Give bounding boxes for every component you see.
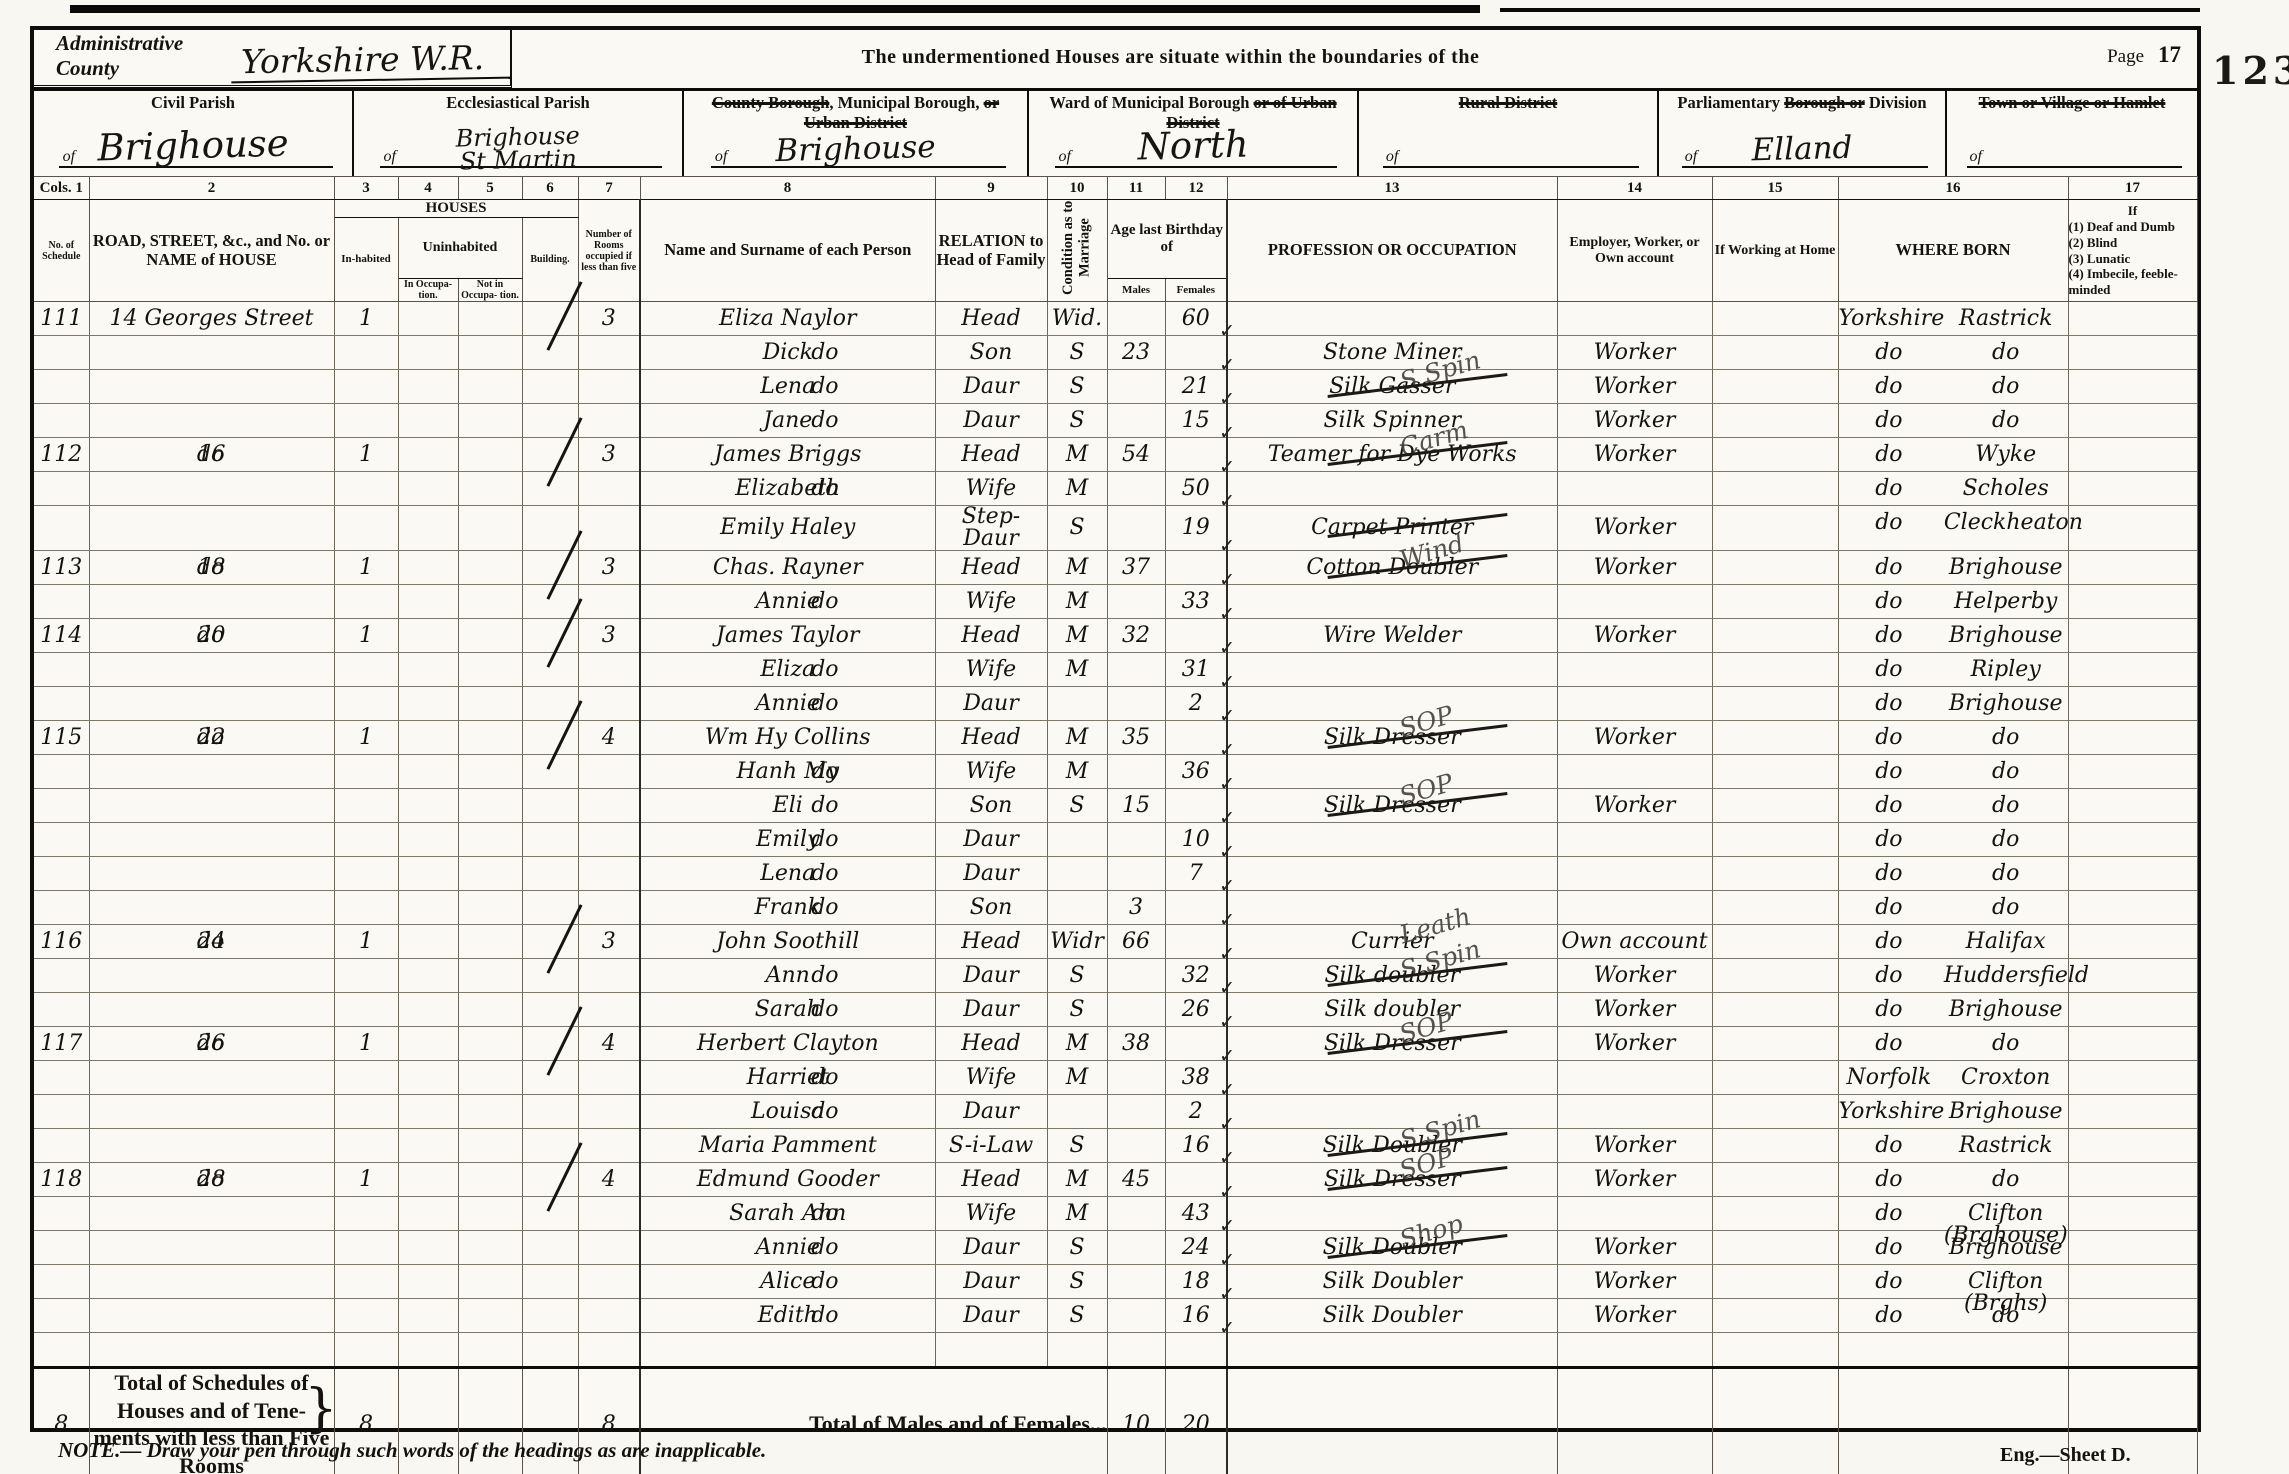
cell-working-at-home	[1712, 1197, 1838, 1231]
table-row: EdithdoDaurS16✓Silk DoublerWorkerdodo	[34, 1299, 2197, 1333]
cell-condition: M	[1047, 1061, 1107, 1095]
district-value: BrighouseSt Martin	[353, 122, 682, 176]
cell-relation: Wife	[935, 653, 1047, 687]
cell-inhabited	[334, 891, 398, 925]
cell-uninhabited-occupied	[398, 925, 458, 959]
cell-inhabited	[334, 336, 398, 370]
cell-where-born: dodo	[1838, 721, 2068, 755]
cell-occupation	[1227, 1333, 1557, 1368]
infirmity-header-line: If	[2069, 203, 2197, 219]
cell-where-born: dodo	[1838, 370, 2068, 404]
cell-rooms	[578, 755, 640, 789]
cell-infirmity	[2068, 993, 2197, 1027]
cell-inhabited	[334, 1197, 398, 1231]
cell-schedule	[34, 1095, 89, 1129]
enumerator-tick: ✓	[1219, 537, 1235, 556]
cell-age-female: 19✓	[1165, 506, 1227, 551]
cell-schedule	[34, 1197, 89, 1231]
cell-where-born: dodo	[1838, 823, 2068, 857]
cell-relation: Head	[935, 1027, 1047, 1061]
enumerator-tick: ✓	[1219, 1047, 1235, 1066]
cell-employer: Own account	[1557, 925, 1712, 959]
cell-occupation: Carpet Printer	[1227, 506, 1557, 551]
cell-where-born: doHalifax	[1838, 925, 2068, 959]
cell-uninhabited-occupied	[398, 823, 458, 857]
cell-infirmity	[2068, 721, 2197, 755]
cell-rooms	[578, 585, 640, 619]
cell-uninhabited-occupied	[398, 1095, 458, 1129]
cell-inhabited	[334, 1299, 398, 1333]
cell-address	[89, 789, 334, 823]
household-start-row: 11624do13John SoothillHeadWidr66✓Currier…	[34, 925, 2197, 959]
cell-occupation: Silk doublerS Spin	[1227, 959, 1557, 993]
cell-age-female: 36✓	[1165, 755, 1227, 789]
cell-relation: Son	[935, 789, 1047, 823]
enumerator-tick: ✓	[1219, 1081, 1235, 1100]
enumerator-tick: ✓	[1219, 979, 1235, 998]
cell-occupation: Silk Doubler	[1227, 1299, 1557, 1333]
cell-address	[89, 1231, 334, 1265]
cell-age-female: 32✓	[1165, 959, 1227, 993]
cell-relation: Daur	[935, 687, 1047, 721]
district-box: County Borough, Municipal Borough, or Ur…	[684, 88, 1029, 176]
cell-inhabited	[334, 404, 398, 438]
cell-uninhabited-occupied	[398, 585, 458, 619]
cell-age-female: ✓	[1165, 619, 1227, 653]
cell-working-at-home	[1712, 993, 1838, 1027]
cell-employer: Worker	[1557, 1265, 1712, 1299]
household-start-row: 11216do13James BriggsHeadM54✓Teamer for …	[34, 438, 2197, 472]
cell-uninhabited-occupied	[398, 857, 458, 891]
cell-employer: Worker	[1557, 336, 1712, 370]
cell-relation: Son	[935, 891, 1047, 925]
cell-employer: Worker	[1557, 789, 1712, 823]
cell-condition	[1047, 1095, 1107, 1129]
cell-age-male: 45	[1107, 1163, 1165, 1197]
household-start-row: 11726do14Herbert ClaytonHeadM38✓Silk Dre…	[34, 1027, 2197, 1061]
cell-inhabited	[334, 1129, 398, 1163]
cell-relation: Head	[935, 438, 1047, 472]
cell-condition: Wid.	[1047, 302, 1107, 336]
cell-uninhabited-not-occupied	[458, 925, 522, 959]
enumerator-tick: ✓	[1219, 1251, 1235, 1270]
col-header-building: Building.	[522, 218, 578, 302]
cell-age-female: 16✓	[1165, 1299, 1227, 1333]
cell-relation: Daur	[935, 993, 1047, 1027]
cell-working-at-home	[1712, 891, 1838, 925]
table-row: ElizabethdoWifeM50✓doScholes	[34, 472, 2197, 506]
cell-occupation: Silk DoublerS Spin	[1227, 1129, 1557, 1163]
folio-number-stamp: 123	[2212, 48, 2289, 93]
cell-schedule	[34, 506, 89, 551]
cell-person-name: Frankdo	[640, 891, 935, 925]
cell-where-born: doRastrick	[1838, 1129, 2068, 1163]
cell-infirmity	[2068, 755, 2197, 789]
cell-age-female: 15✓	[1165, 404, 1227, 438]
cell-occupation: CurrierLeath	[1227, 925, 1557, 959]
cell-age-female	[1165, 1333, 1227, 1368]
enumerator-tick: ✓	[1219, 571, 1235, 590]
cell-occupation: Silk DoublerShop	[1227, 1231, 1557, 1265]
cell-working-at-home	[1712, 653, 1838, 687]
administrative-county-label: Administrative County	[56, 31, 231, 81]
cell-schedule	[34, 472, 89, 506]
cell-uninhabited-not-occupied	[458, 959, 522, 993]
cell-infirmity	[2068, 925, 2197, 959]
census-table: Cols. 1234567891011121314151617 No. of S…	[34, 176, 2198, 1474]
table-row: AnndoDaurS32✓Silk doublerS SpinWorkerdoH…	[34, 959, 2197, 993]
cell-uninhabited-not-occupied	[458, 506, 522, 551]
cell-occupation: Silk DresserSOP	[1227, 789, 1557, 823]
cell-uninhabited-not-occupied	[458, 336, 522, 370]
infirmity-header-line: (4) Imbecile, feeble-minded	[2069, 266, 2197, 298]
cell-building	[522, 993, 578, 1027]
cell-rooms	[578, 370, 640, 404]
cell-age-female: ✓	[1165, 721, 1227, 755]
col-header-age-group: Age last Birthday of	[1107, 200, 1227, 279]
cell-where-born: dodo	[1838, 857, 2068, 891]
cell-address: 24do	[89, 925, 334, 959]
cell-relation	[935, 1333, 1047, 1368]
administrative-county-value: Yorkshire W.R.	[231, 38, 511, 84]
cell-rooms: 3	[578, 619, 640, 653]
cell-address	[89, 1197, 334, 1231]
cell-rooms: 4	[578, 1163, 640, 1197]
cell-condition: M	[1047, 551, 1107, 585]
cell-uninhabited-occupied	[398, 472, 458, 506]
cell-relation: Wife	[935, 585, 1047, 619]
col-header-where-born: WHERE BORN	[1838, 200, 2068, 302]
cell-working-at-home	[1712, 1265, 1838, 1299]
cell-relation: Daur	[935, 1265, 1047, 1299]
column-number: 7	[578, 177, 640, 200]
cell-relation: Daur	[935, 404, 1047, 438]
table-row: ElidoSonS15✓Silk DresserSOPWorkerdodo	[34, 789, 2197, 823]
cell-age-female: 60✓	[1165, 302, 1227, 336]
cell-employer: Worker	[1557, 721, 1712, 755]
cell-age-male: 37	[1107, 551, 1165, 585]
enumerator-tick: ✓	[1219, 1115, 1235, 1134]
cell-working-at-home	[1712, 1129, 1838, 1163]
cell-employer: Worker	[1557, 619, 1712, 653]
cell-occupation: Silk DresserSOP	[1227, 1027, 1557, 1061]
district-box: Rural Districtof	[1359, 88, 1659, 176]
enumerator-tick: ✓	[1219, 1013, 1235, 1032]
cell-uninhabited-not-occupied	[458, 404, 522, 438]
cell-inhabited: 1	[334, 1163, 398, 1197]
cell-employer	[1557, 1061, 1712, 1095]
cell-uninhabited-occupied	[398, 1163, 458, 1197]
cell-occupation: Silk Spinner	[1227, 404, 1557, 438]
cell-address	[89, 1061, 334, 1095]
cell-schedule	[34, 585, 89, 619]
cell-inhabited	[334, 687, 398, 721]
cell-uninhabited-occupied	[398, 1231, 458, 1265]
table-row: Maria PammentS-i-LawS16✓Silk DoublerS Sp…	[34, 1129, 2197, 1163]
cell-relation: Daur	[935, 959, 1047, 993]
cell-relation: Daur	[935, 370, 1047, 404]
table-row: LenadoDaur7✓dodo	[34, 857, 2197, 891]
cell-where-born: dodo	[1838, 336, 2068, 370]
cell-building	[522, 1333, 578, 1368]
cell-infirmity	[2068, 1129, 2197, 1163]
cell-where-born: doHuddersfield	[1838, 959, 2068, 993]
cell-schedule: 117	[34, 1027, 89, 1061]
enumerator-tick: ✓	[1219, 673, 1235, 692]
cell-person-name: Eliza Naylor	[640, 302, 935, 336]
cell-infirmity	[2068, 1197, 2197, 1231]
cell-uninhabited-not-occupied	[458, 687, 522, 721]
cell-inhabited	[334, 857, 398, 891]
district-box: Ward of Municipal Borough or of Urban Di…	[1029, 88, 1359, 176]
cell-infirmity	[2068, 1265, 2197, 1299]
cell-where-born: doBrighouse	[1838, 551, 2068, 585]
cell-employer: Worker	[1557, 1299, 1712, 1333]
cell-person-name: Sarah Anndo	[640, 1197, 935, 1231]
cell-where-born: doHelperby	[1838, 585, 2068, 619]
cell-age-male	[1107, 585, 1165, 619]
cell-where-born: dodo	[1838, 789, 2068, 823]
cell-person-name: Louisado	[640, 1095, 935, 1129]
enumerator-tick: ✓	[1219, 605, 1235, 624]
cell-age-female: 10✓	[1165, 823, 1227, 857]
cell-rooms	[578, 959, 640, 993]
cell-inhabited: 1	[334, 438, 398, 472]
enumerator-tick: ✓	[1219, 424, 1235, 443]
cell-uninhabited-occupied	[398, 959, 458, 993]
household-start-row: 11318do13Chas. RaynerHeadM37✓Cotton Doub…	[34, 551, 2197, 585]
cell-uninhabited-not-occupied	[458, 1129, 522, 1163]
cell-employer: Worker	[1557, 993, 1712, 1027]
enumerator-tick: ✓	[1219, 809, 1235, 828]
cell-rooms	[578, 1197, 640, 1231]
cell-person-name: James Taylor	[640, 619, 935, 653]
cell-condition: S	[1047, 404, 1107, 438]
cell-employer: Worker	[1557, 1129, 1712, 1163]
table-row	[34, 1333, 2197, 1368]
page-label: Page	[2107, 46, 2144, 67]
col-header-working-home: If Working at Home	[1712, 200, 1838, 302]
cell-rooms: 3	[578, 302, 640, 336]
cell-person-name: Anniedo	[640, 687, 935, 721]
cell-address	[89, 1299, 334, 1333]
cell-age-female: 43✓	[1165, 1197, 1227, 1231]
column-number: 5	[458, 177, 522, 200]
cell-age-female: 24✓	[1165, 1231, 1227, 1265]
cell-schedule	[34, 755, 89, 789]
cell-age-female: ✓	[1165, 1027, 1227, 1061]
cell-address: 18do	[89, 551, 334, 585]
cell-age-male	[1107, 1061, 1165, 1095]
cell-where-born: doBrighouse	[1838, 1231, 2068, 1265]
cell-condition	[1047, 687, 1107, 721]
household-start-row: 11114 Georges Street13Eliza NaylorHeadWi…	[34, 302, 2197, 336]
enumerator-tick: ✓	[1219, 775, 1235, 794]
cell-address	[89, 1129, 334, 1163]
totals-empty-cell	[1227, 1368, 1557, 1474]
totals-females: 20	[1165, 1368, 1227, 1474]
cell-age-male	[1107, 404, 1165, 438]
enumerator-tick: ✓	[1219, 492, 1235, 511]
cell-schedule: 115	[34, 721, 89, 755]
cell-schedule: 112	[34, 438, 89, 472]
cell-condition	[1047, 1333, 1107, 1368]
cell-where-born: doBrighouse	[1838, 687, 2068, 721]
cell-uninhabited-occupied	[398, 506, 458, 551]
col-header-infirmity: If(1) Deaf and Dumb(2) Blind(3) Lunatic(…	[2068, 200, 2197, 302]
cell-schedule	[34, 336, 89, 370]
cell-inhabited: 1	[334, 721, 398, 755]
cell-where-born: doRipley	[1838, 653, 2068, 687]
cell-working-at-home	[1712, 721, 1838, 755]
cell-person-name: Elizado	[640, 653, 935, 687]
district-header-row: Civil ParishofBrighouseEcclesiastical Pa…	[34, 88, 2197, 178]
cell-inhabited	[334, 370, 398, 404]
cell-working-at-home	[1712, 1333, 1838, 1368]
cell-age-male	[1107, 472, 1165, 506]
cell-where-born: NorfolkCroxton	[1838, 1061, 2068, 1095]
cell-uninhabited-not-occupied	[458, 1027, 522, 1061]
cell-uninhabited-occupied	[398, 1197, 458, 1231]
col-header-name: Name and Surname of each Person	[640, 200, 935, 302]
cell-working-at-home	[1712, 1061, 1838, 1095]
table-row: DickdoSonS23✓Stone MinerWorkerdodo	[34, 336, 2197, 370]
cell-relation: Daur	[935, 1231, 1047, 1265]
cell-inhabited	[334, 1265, 398, 1299]
column-number: 14	[1557, 177, 1712, 200]
cell-occupation	[1227, 1095, 1557, 1129]
table-row: AlicedoDaurS18✓Silk DoublerWorkerdoClift…	[34, 1265, 2197, 1299]
table-row: AnniedoDaurS24✓Silk DoublerShopWorkerdoB…	[34, 1231, 2197, 1265]
cell-employer	[1557, 687, 1712, 721]
page-number-value: 17	[2158, 42, 2181, 67]
cell-condition: S	[1047, 370, 1107, 404]
cell-age-female: 26✓	[1165, 993, 1227, 1027]
cell-infirmity	[2068, 404, 2197, 438]
cell-schedule	[34, 789, 89, 823]
cell-inhabited	[334, 789, 398, 823]
cell-where-born: doCleckheaton	[1838, 506, 2068, 551]
cell-occupation: Cotton DoublerWind	[1227, 551, 1557, 585]
cell-occupation	[1227, 857, 1557, 891]
cell-age-male: 54	[1107, 438, 1165, 472]
cell-employer	[1557, 823, 1712, 857]
col-header-females: Females	[1165, 279, 1227, 302]
cell-working-at-home	[1712, 336, 1838, 370]
scan-artifact-bar	[70, 5, 1480, 13]
cell-condition: S	[1047, 1299, 1107, 1333]
cell-uninhabited-occupied	[398, 370, 458, 404]
district-label: Rural District	[1359, 93, 1657, 113]
cell-age-male	[1107, 1299, 1165, 1333]
enumerator-tick: ✓	[1219, 458, 1235, 477]
cell-building	[522, 789, 578, 823]
cell-infirmity	[2068, 1333, 2197, 1368]
enumerator-tick: ✓	[1219, 1217, 1235, 1236]
cell-condition: M	[1047, 472, 1107, 506]
cell-schedule	[34, 959, 89, 993]
cell-age-male: 38	[1107, 1027, 1165, 1061]
cell-age-male: 66	[1107, 925, 1165, 959]
cell-person-name: Hanh Mydo	[640, 755, 935, 789]
cell-age-male	[1107, 993, 1165, 1027]
cell-age-female: 50✓	[1165, 472, 1227, 506]
cell-address: 14 Georges Street	[89, 302, 334, 336]
cell-age-male	[1107, 1231, 1165, 1265]
cell-infirmity	[2068, 1299, 2197, 1333]
table-row: Sarah AnndoWifeM43✓doClifton (Brghouse)	[34, 1197, 2197, 1231]
cell-address	[89, 506, 334, 551]
cell-condition: M	[1047, 619, 1107, 653]
cell-employer: Worker	[1557, 959, 1712, 993]
cell-relation: Son	[935, 336, 1047, 370]
cell-employer: Worker	[1557, 1231, 1712, 1265]
cell-age-male	[1107, 1129, 1165, 1163]
cell-person-name: Herbert Clayton	[640, 1027, 935, 1061]
cell-where-born	[1838, 1333, 2068, 1368]
administrative-county-box: Administrative County Yorkshire W.R.	[34, 30, 512, 88]
cell-address	[89, 993, 334, 1027]
cell-person-name: Dickdo	[640, 336, 935, 370]
cell-infirmity	[2068, 438, 2197, 472]
cell-condition: S	[1047, 1129, 1107, 1163]
cell-condition	[1047, 823, 1107, 857]
cell-inhabited: 1	[334, 1027, 398, 1061]
cell-occupation: Silk DresserSOP	[1227, 721, 1557, 755]
cell-person-name: Edmund Gooder	[640, 1163, 935, 1197]
cell-uninhabited-occupied	[398, 302, 458, 336]
cell-relation: Daur	[935, 1299, 1047, 1333]
administrative-county-band: Administrative County Yorkshire W.R. The…	[34, 30, 2197, 91]
cell-occupation: Silk Doubler	[1227, 1265, 1557, 1299]
cell-employer: Worker	[1557, 1027, 1712, 1061]
cell-person-name	[640, 1333, 935, 1368]
cell-condition: M	[1047, 721, 1107, 755]
cell-person-name: Maria Pamment	[640, 1129, 935, 1163]
cell-person-name: Emilydo	[640, 823, 935, 857]
cell-employer: Worker	[1557, 438, 1712, 472]
cell-age-male	[1107, 755, 1165, 789]
household-start-row: 11522do14Wm Hy CollinsHeadM35✓Silk Dress…	[34, 721, 2197, 755]
cell-employer	[1557, 585, 1712, 619]
cell-rooms	[578, 891, 640, 925]
cell-rooms	[578, 1129, 640, 1163]
cell-schedule	[34, 370, 89, 404]
cell-where-born: doWyke	[1838, 438, 2068, 472]
cell-uninhabited-not-occupied	[458, 891, 522, 925]
cell-uninhabited-occupied	[398, 1027, 458, 1061]
cell-address	[89, 1265, 334, 1299]
cell-working-at-home	[1712, 1095, 1838, 1129]
cell-uninhabited-not-occupied	[458, 1333, 522, 1368]
cell-age-female: 7✓	[1165, 857, 1227, 891]
cell-address: 26do	[89, 1027, 334, 1061]
cell-person-name: Elizabethdo	[640, 472, 935, 506]
cell-schedule	[34, 1299, 89, 1333]
table-row: AnniedoWifeM33✓doHelperby	[34, 585, 2197, 619]
cell-age-male	[1107, 506, 1165, 551]
column-number: 10	[1047, 177, 1107, 200]
cell-building	[522, 1299, 578, 1333]
cell-uninhabited-not-occupied	[458, 857, 522, 891]
cell-building	[522, 1231, 578, 1265]
enumerator-tick: ✓	[1219, 1149, 1235, 1168]
cell-inhabited	[334, 823, 398, 857]
cell-schedule	[34, 993, 89, 1027]
cell-inhabited	[334, 1061, 398, 1095]
cell-working-at-home	[1712, 302, 1838, 336]
cell-inhabited	[334, 472, 398, 506]
